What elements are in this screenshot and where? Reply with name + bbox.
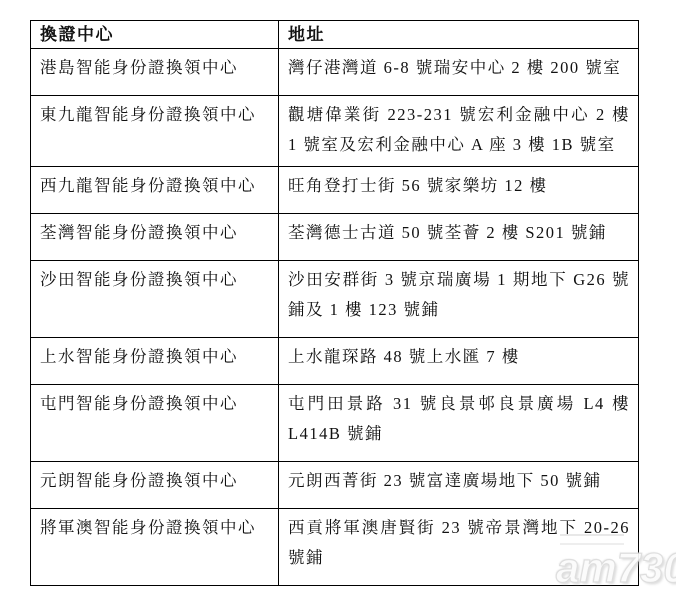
table-header-row: 換證中心 地址 (31, 21, 639, 49)
address-cell: 沙田安群街 3 號京瑞廣場 1 期地下 G26 號鋪及 1 樓 123 號鋪 (279, 261, 639, 338)
address-cell: 旺角登打士街 56 號家樂坊 12 樓 (279, 167, 639, 214)
table-row: 元朗智能身份證換領中心 元朗西菁街 23 號富達廣場地下 50 號鋪 (31, 462, 639, 509)
centre-cell: 沙田智能身份證換領中心 (31, 261, 279, 338)
address-cell: 元朗西菁街 23 號富達廣場地下 50 號鋪 (279, 462, 639, 509)
table-row: 將軍澳智能身份證換領中心 西貢將軍澳唐賢街 23 號帝景灣地下 20-26 號鋪 (31, 509, 639, 586)
address-cell: 上水龍琛路 48 號上水匯 7 樓 (279, 338, 639, 385)
centre-cell: 荃灣智能身份證換領中心 (31, 214, 279, 261)
centre-cell: 港島智能身份證換領中心 (31, 49, 279, 96)
document-page: 換證中心 地址 港島智能身份證換領中心 灣仔港灣道 6-8 號瑞安中心 2 樓 … (0, 0, 676, 603)
table-row: 屯門智能身份證換領中心 屯門田景路 31 號良景邨良景廣場 L4 樓 L414B… (31, 385, 639, 462)
address-cell: 荃灣德士古道 50 號荃薈 2 樓 S201 號鋪 (279, 214, 639, 261)
address-cell: 西貢將軍澳唐賢街 23 號帝景灣地下 20-26 號鋪 (279, 509, 639, 586)
centre-cell: 將軍澳智能身份證換領中心 (31, 509, 279, 586)
address-cell: 屯門田景路 31 號良景邨良景廣場 L4 樓 L414B 號鋪 (279, 385, 639, 462)
centre-cell: 東九龍智能身份證換領中心 (31, 96, 279, 167)
replacement-centres-table: 換證中心 地址 港島智能身份證換領中心 灣仔港灣道 6-8 號瑞安中心 2 樓 … (30, 20, 639, 586)
centre-cell: 西九龍智能身份證換領中心 (31, 167, 279, 214)
centre-cell: 元朗智能身份證換領中心 (31, 462, 279, 509)
table-row: 沙田智能身份證換領中心 沙田安群街 3 號京瑞廣場 1 期地下 G26 號鋪及 … (31, 261, 639, 338)
address-cell: 觀塘偉業街 223-231 號宏利金融中心 2 樓 1 號室及宏利金融中心 A … (279, 96, 639, 167)
centre-cell: 上水智能身份證換領中心 (31, 338, 279, 385)
table-row: 港島智能身份證換領中心 灣仔港灣道 6-8 號瑞安中心 2 樓 200 號室 (31, 49, 639, 96)
header-centre: 換證中心 (31, 21, 279, 49)
address-cell: 灣仔港灣道 6-8 號瑞安中心 2 樓 200 號室 (279, 49, 639, 96)
table-row: 西九龍智能身份證換領中心 旺角登打士街 56 號家樂坊 12 樓 (31, 167, 639, 214)
header-address: 地址 (279, 21, 639, 49)
table-row: 上水智能身份證換領中心 上水龍琛路 48 號上水匯 7 樓 (31, 338, 639, 385)
centre-cell: 屯門智能身份證換領中心 (31, 385, 279, 462)
table-row: 東九龍智能身份證換領中心 觀塘偉業街 223-231 號宏利金融中心 2 樓 1… (31, 96, 639, 167)
table-row: 荃灣智能身份證換領中心 荃灣德士古道 50 號荃薈 2 樓 S201 號鋪 (31, 214, 639, 261)
